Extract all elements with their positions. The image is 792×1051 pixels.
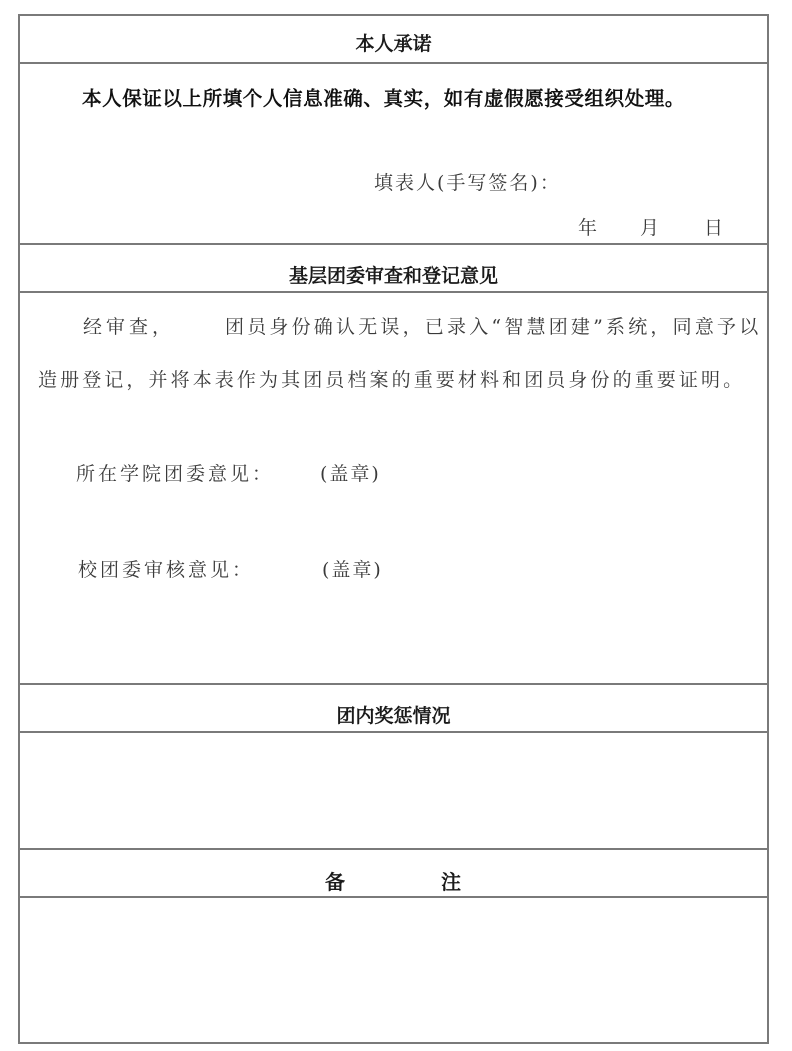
divider-review-header [18, 291, 769, 293]
date-month-label: 月 [640, 216, 659, 240]
divider-remarks-top [18, 848, 769, 850]
college-stamp-label: (盖章) [320, 462, 381, 486]
college-opinion-label: 所在学院团委意见： [76, 462, 274, 486]
school-opinion-label: 校团委审核意见： [78, 558, 254, 582]
date-year-label: 年 [578, 216, 597, 240]
commitment-title: 本人承诺 [18, 32, 769, 56]
review-paragraph-line2: 造册登记，并将本表作为其团员档案的重要材料和团员身份的重要证明。 [38, 368, 745, 392]
rewards-title: 团内奖惩情况 [18, 704, 769, 728]
divider-commitment-header [18, 62, 769, 64]
rewards-content-area[interactable] [20, 733, 767, 848]
remarks-title-char2: 注 [441, 870, 461, 894]
remarks-content-area[interactable] [20, 898, 767, 1042]
review-paragraph-line1: 团员身份确认无误，已录入“智慧团建”系统，同意予以 [225, 315, 761, 339]
divider-review-top [18, 243, 769, 245]
date-day-label: 日 [704, 216, 723, 240]
school-stamp-label: (盖章) [322, 558, 383, 582]
divider-rewards-top [18, 683, 769, 685]
commitment-statement: 本人保证以上所填个人信息准确、真实，如有虚假愿接受组织处理。 [82, 86, 685, 112]
review-paragraph-start: 经审查， [83, 315, 175, 339]
remarks-title-char1: 备 [325, 870, 345, 894]
review-title: 基层团委审查和登记意见 [18, 264, 769, 288]
